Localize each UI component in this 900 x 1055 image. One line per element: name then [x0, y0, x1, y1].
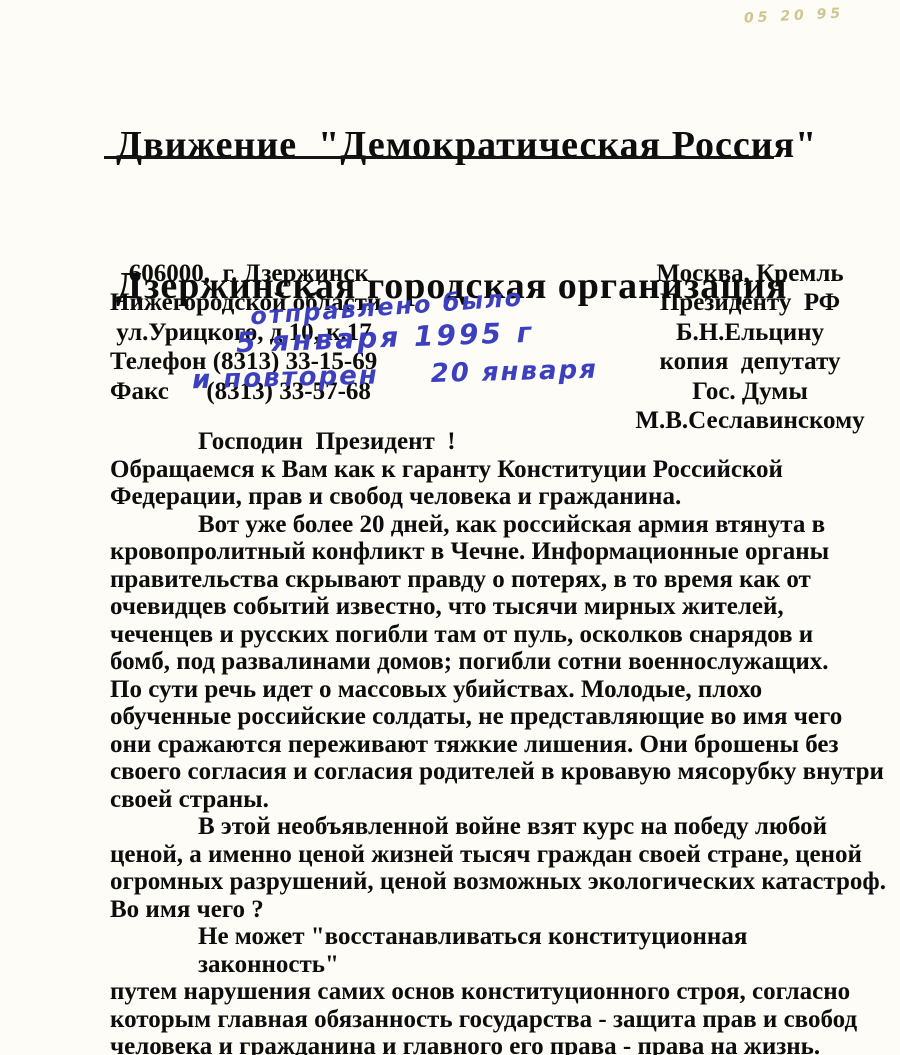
letter-body-line: которым главная обязанность государства …: [110, 1006, 892, 1034]
recipient-address-line: Президенту РФ: [614, 288, 886, 318]
letter-body-line: правительства скрывают правду о потерях,…: [110, 566, 892, 594]
letter-body-line: очевидцев событий известно, что тысячи м…: [110, 593, 892, 621]
letter-body-line: ценой, а именно ценой жизней тысяч гражд…: [110, 841, 892, 869]
letter-body-line: кровопролитный конфликт в Чечне. Информа…: [110, 538, 892, 566]
letter-body-line: По сути речь идет о массовых убийствах. …: [110, 676, 892, 704]
letter-body-line: обученные российские солдаты, не предста…: [110, 703, 892, 731]
letter-body-line: Не может "восстанавливаться конституцион…: [110, 923, 892, 978]
letter-body-line: В этой необъявленной войне взят курс на …: [110, 813, 892, 841]
letter-body-line: своего согласия и согласия родителей в к…: [110, 758, 892, 786]
sender-address-line: 606000, г. Дзержинск: [110, 259, 381, 289]
recipient-address-block: Москва, КремльПрезиденту РФБ.Н.Ельцинуко…: [614, 170, 886, 436]
letter-body-line: огромных разрушений, ценой возможных эко…: [110, 868, 892, 896]
recipient-address-line: Москва, Кремль: [614, 259, 886, 289]
handwriting-gap: [379, 382, 431, 383]
faint-corner-annotation: 05 20 95: [743, 5, 844, 26]
letterhead-title-line1: Движение "Демократическая Россия": [116, 122, 817, 169]
letter-body-line: Господин Президент !: [110, 428, 892, 456]
letterhead-divider: [104, 156, 774, 159]
letter-body-line: бомб, под развалинами домов; погибли сот…: [110, 648, 892, 676]
letter-body-line: Вот уже более 20 дней, как российская ар…: [110, 511, 892, 539]
letter-body: Господин Президент !Обращаемся к Вам как…: [110, 428, 892, 1055]
letter-body-line: человека и гражданина и главного его пра…: [110, 1033, 892, 1055]
recipient-address-line: Гос. Думы: [614, 377, 886, 407]
recipient-address-line: копия депутату: [614, 347, 886, 377]
scanned-letter-page: 05 20 95 Движение "Демократическая Росси…: [0, 0, 900, 1055]
letter-body-line: Обращаемся к Вам как к гаранту Конституц…: [110, 456, 892, 484]
letter-body-line: Во имя чего ?: [110, 896, 892, 924]
handwritten-note-repeated-right: 20 января: [430, 355, 598, 389]
letter-body-line: своей страны.: [110, 786, 892, 814]
letter-body-line: Федерации, прав и свобод человека и граж…: [110, 483, 892, 511]
letter-body-line: путем нарушения самих основ конституцион…: [110, 978, 892, 1006]
handwritten-note-repeated-left: и повторен: [192, 360, 379, 395]
letter-body-line: чеченцев и русских погибли там от пуль, …: [110, 621, 892, 649]
recipient-address-line: Б.Н.Ельцину: [614, 318, 886, 348]
letter-body-line: они сражаются переживают тяжкие лишения.…: [110, 731, 892, 759]
